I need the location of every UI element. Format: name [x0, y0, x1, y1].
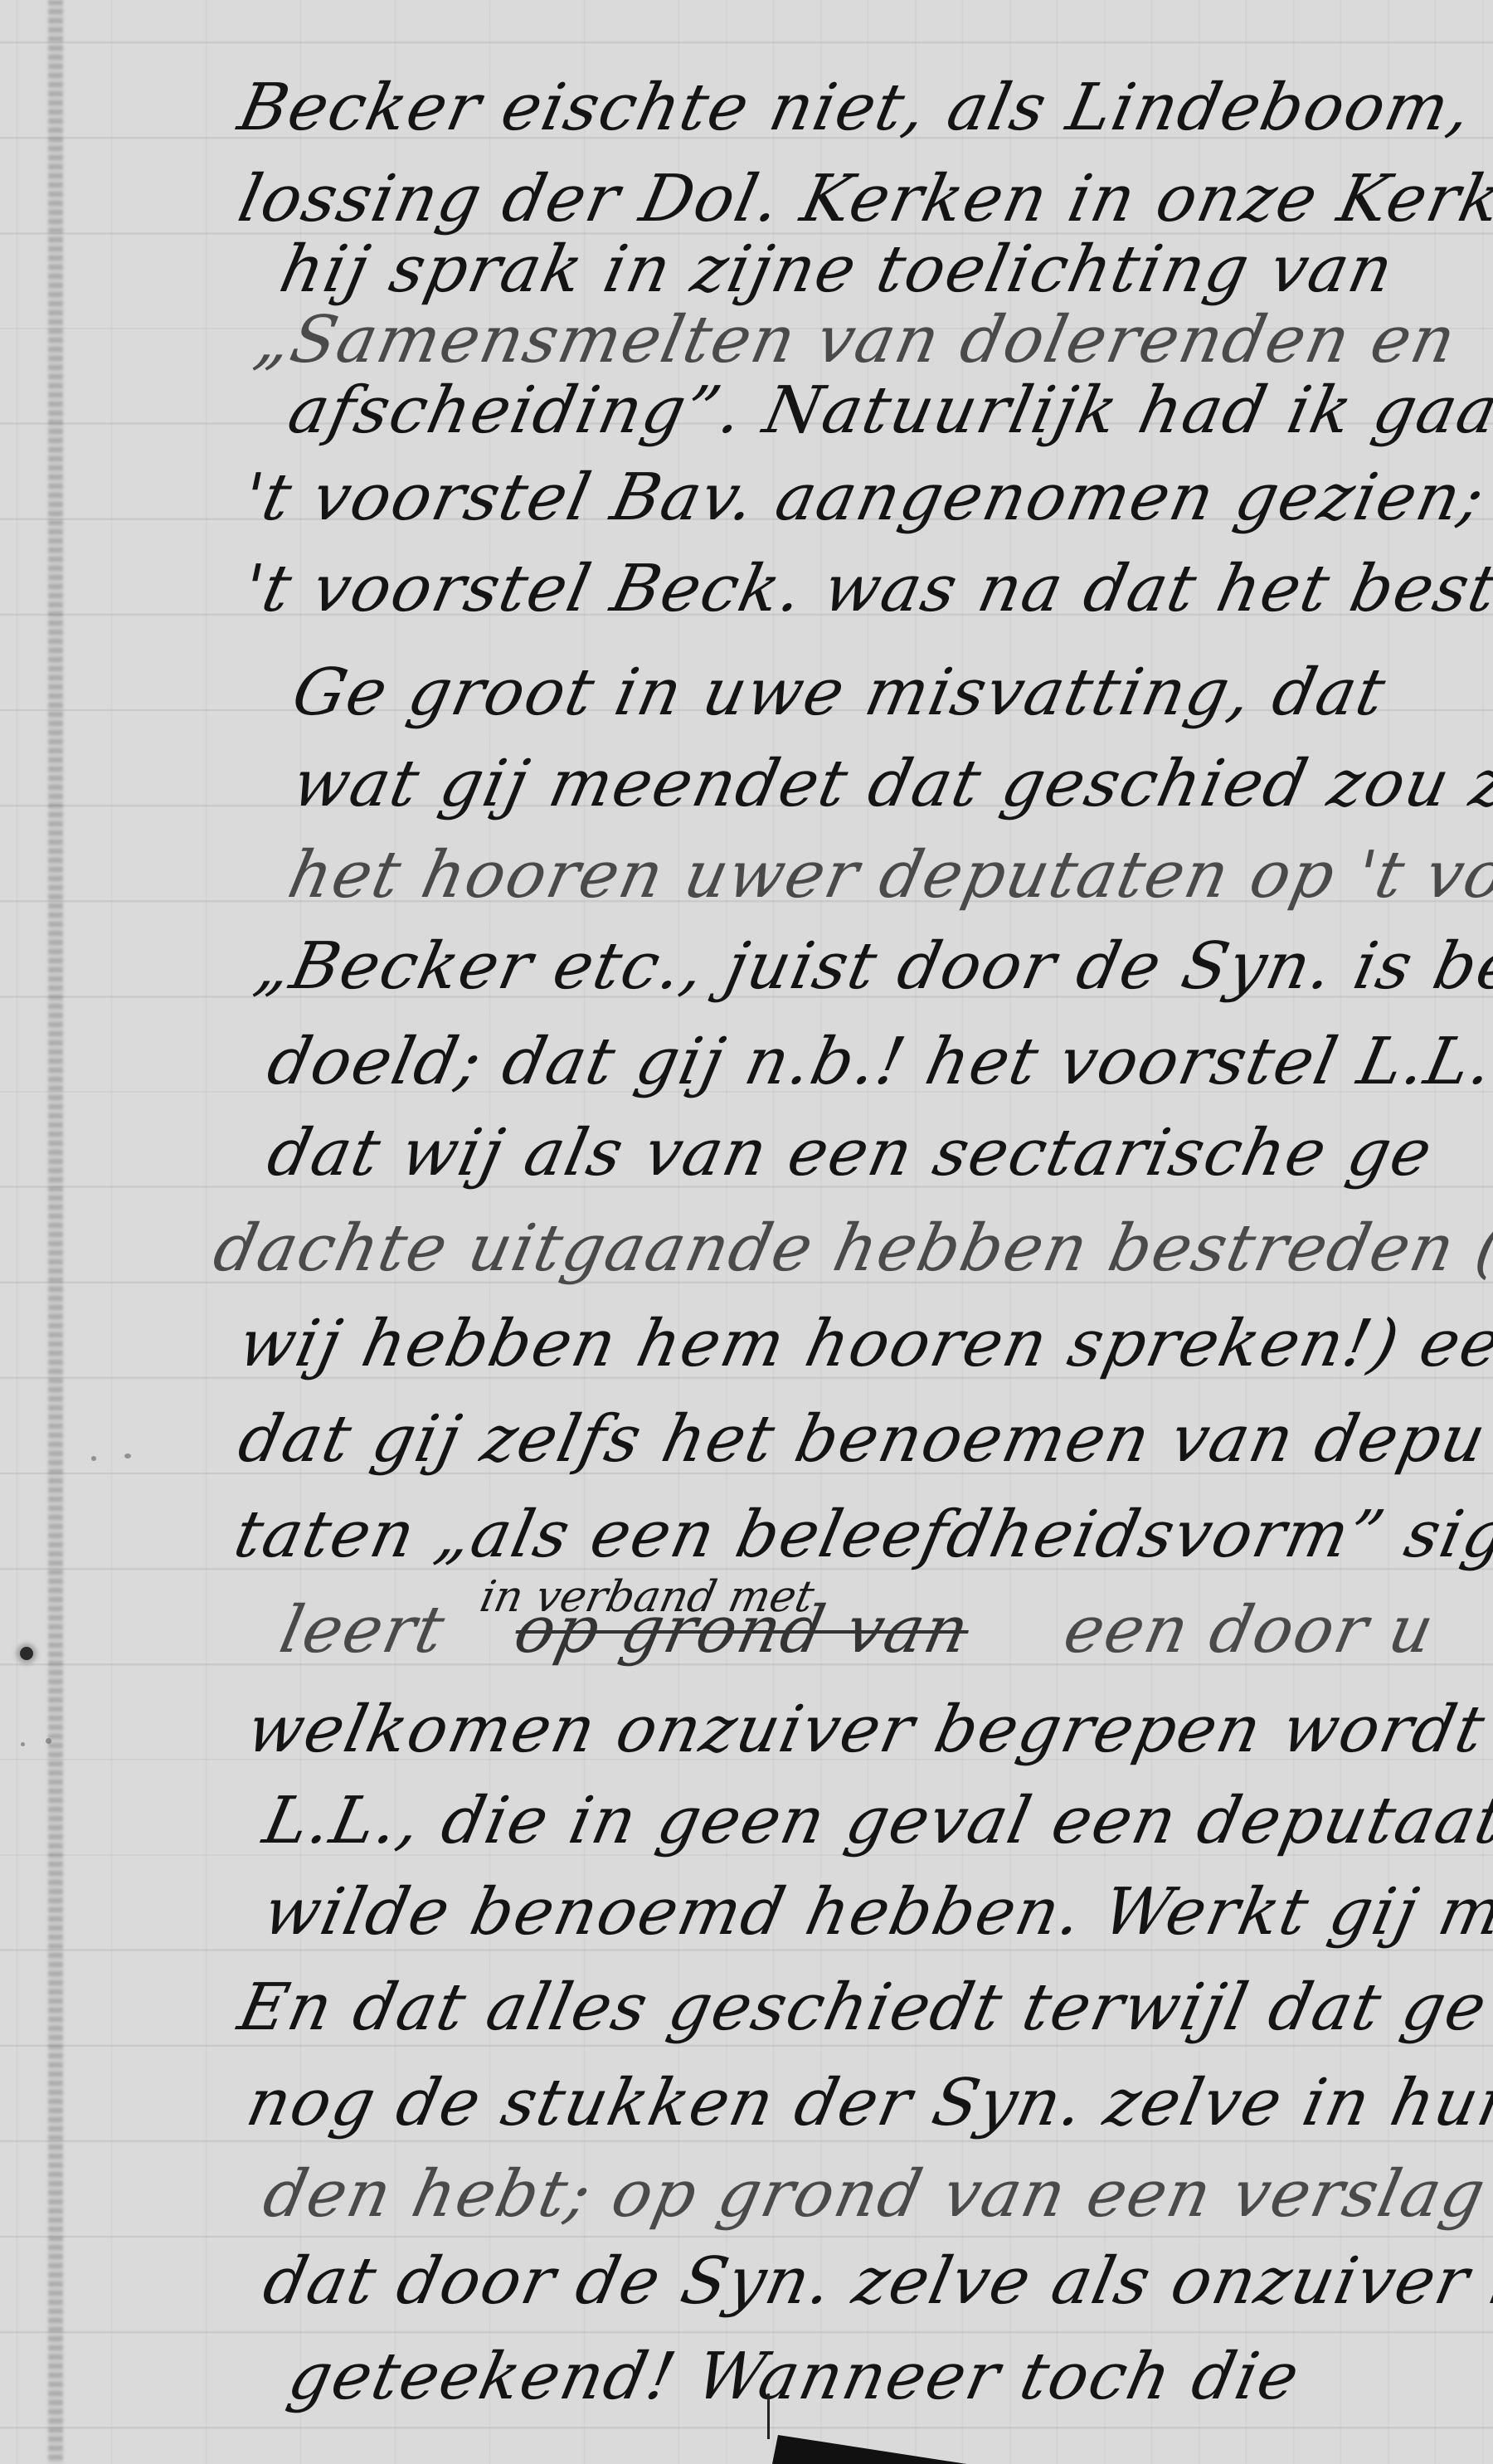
manuscript-line-20: L.L., die in geen geval een deputaat: [257, 1784, 1493, 1858]
manuscript-line-16: dat gij zelfs het benoemen van depu: [232, 1402, 1493, 1477]
manuscript-line-19: welkomen onzuiver begrepen wordt van: [241, 1692, 1493, 1767]
paper-tear-crack: [767, 2393, 770, 2439]
manuscript-line-12: doeld; dat gij n.b.! het voorstel L.L.: [261, 1025, 1493, 1099]
manuscript-line-24: den hebt; op grond van een verslag: [257, 2157, 1493, 2232]
manuscript-line-13: dat wij als van een sectarische ge: [261, 1116, 1440, 1191]
manuscript-line-8: Ge groot in uwe misvatting, dat: [286, 655, 1393, 730]
manuscript-line-4: „Samensmelten van dolerenden en: [249, 303, 1463, 377]
manuscript-line-18: leert op grond van een door u: [274, 1593, 1442, 1668]
manuscript-line-5: afscheiding”. Natuurlijk had ik gaarne: [282, 373, 1493, 448]
binding-hole: [20, 1647, 33, 1660]
manuscript-line-17: taten „als een beleefdheidsvorm” signa: [228, 1497, 1493, 1572]
manuscript-line-2: lossing der Dol. Kerken in onze Kerken;: [232, 162, 1493, 236]
manuscript-line-26: geteekend! Wanneer toch die: [282, 2340, 1306, 2414]
manuscript-line-6: 't voorstel Bav. aangenomen gezien; maar: [236, 460, 1493, 535]
manuscript-line-7: 't voorstel Beck. was na dat het beste.: [236, 552, 1493, 626]
manuscript-line-9: wat gij meendet dat geschied zou zijn: [286, 747, 1493, 821]
binding-margin: [48, 0, 63, 2464]
manuscript-line-23: nog de stukken der Syn. zelve in hun: [241, 2066, 1493, 2140]
struck-through-text: op grond van: [508, 1593, 977, 1668]
line-18-rest: een door u: [1058, 1593, 1442, 1668]
manuscript-line-21: wilde benoemd hebben. Werkt gij maar: [257, 1875, 1493, 1950]
line-18-start: leert: [274, 1593, 452, 1668]
ink-speck: [91, 1456, 96, 1461]
manuscript-line-14: dachte uitgaande hebben bestreden (en: [207, 1211, 1493, 1286]
paper-tear: [771, 2435, 994, 2464]
ink-speck: [21, 1742, 25, 1746]
manuscript-line-3: hij sprak in zijne toelichting van: [274, 232, 1401, 307]
manuscript-page: Becker eischte niet, als Lindeboom, opl …: [0, 0, 1493, 2464]
ink-speck: [124, 1454, 131, 1458]
manuscript-line-22: En dat alles geschiedt terwijl dat ge: [232, 1970, 1493, 2045]
manuscript-line-25: dat door de Syn. zelve als onzuiver is: [257, 2244, 1493, 2319]
manuscript-line-15: wij hebben hem hooren spreken!) een: [232, 1307, 1493, 1381]
manuscript-line-1: Becker eischte niet, als Lindeboom, opl: [232, 71, 1493, 145]
manuscript-line-11: „Becker etc., juist door de Syn. is be: [249, 929, 1493, 1004]
ink-speck: [46, 1738, 51, 1744]
manuscript-line-10: het hooren uwer deputaten op 't voorst.: [282, 838, 1493, 913]
